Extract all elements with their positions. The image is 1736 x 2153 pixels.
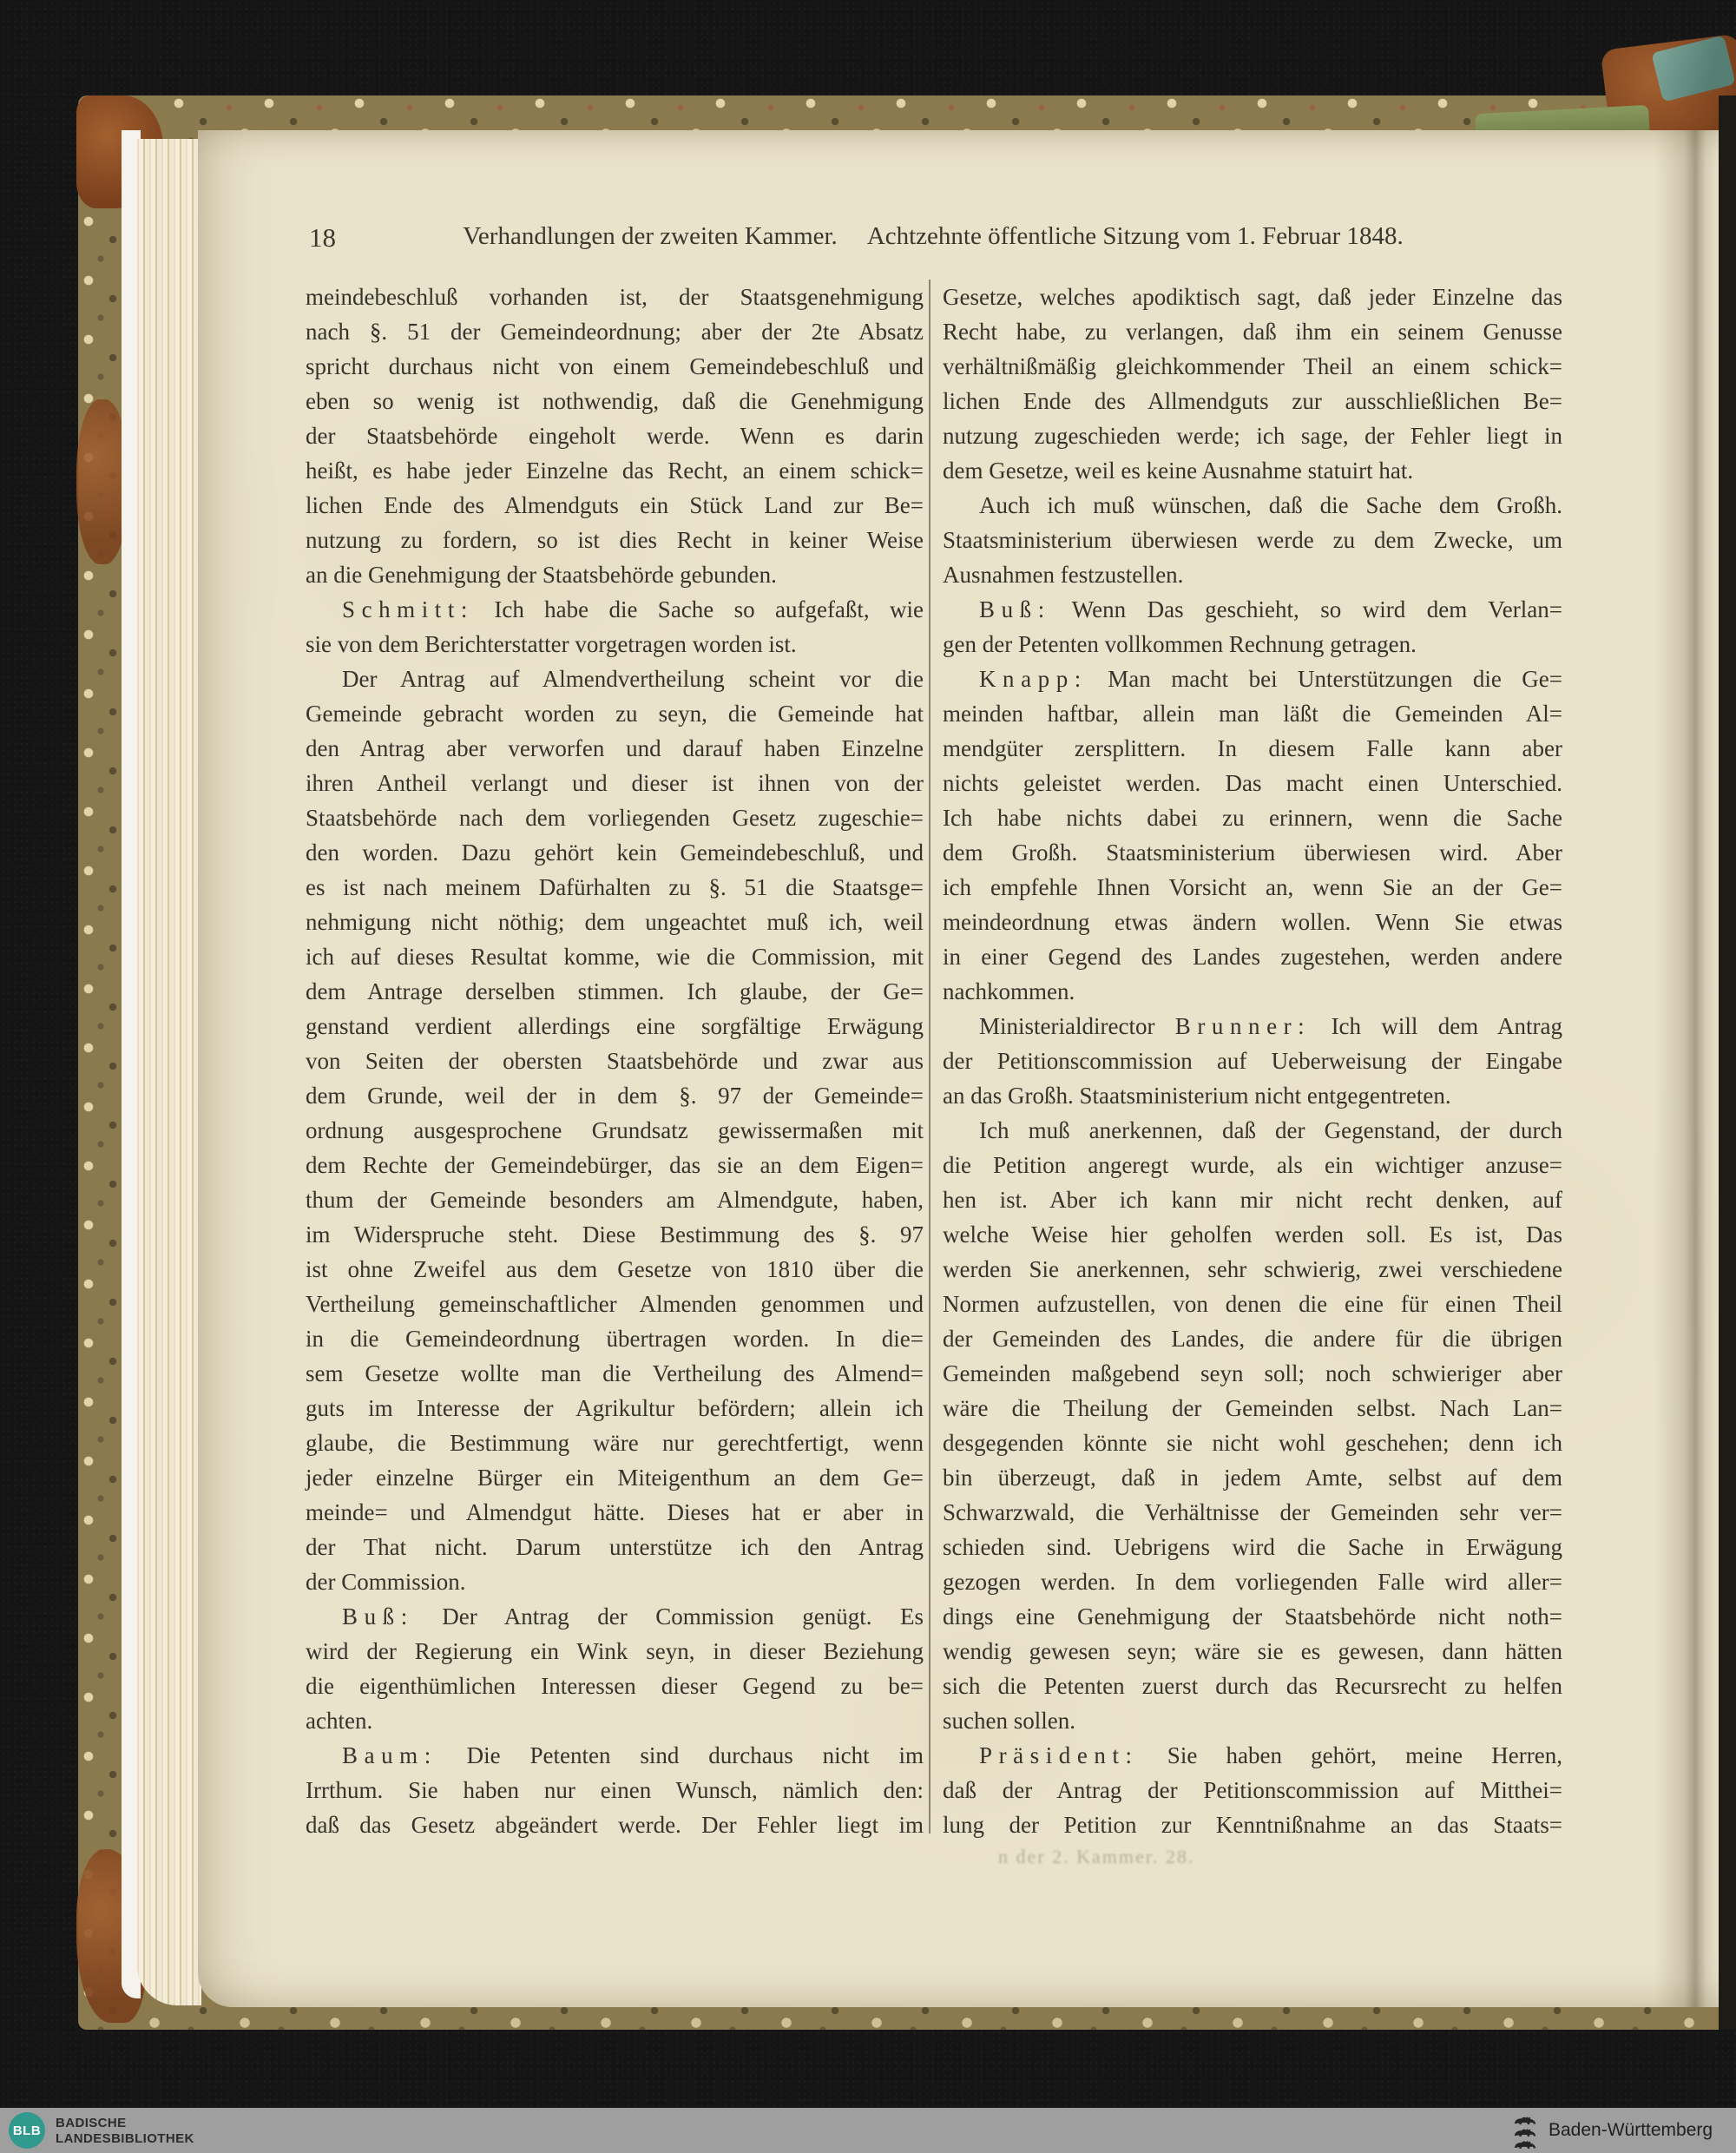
text-line: Ausnahmen festzustellen. <box>943 557 1562 592</box>
text-line: Irrthum. Sie haben nur einen Wunsch, näm… <box>306 1773 924 1807</box>
text-line: wäre die Theilung der Gemeinden selbst. … <box>943 1391 1562 1425</box>
speaker-name: Präsident: <box>979 1742 1139 1768</box>
text-line: meindeordnung etwas ändern wollen. Wenn … <box>943 905 1562 939</box>
right-shadow-edge <box>1719 95 1736 2030</box>
text-line: welche Weise hier geholfen werden soll. … <box>943 1217 1562 1252</box>
speaker-name: Baum: <box>342 1742 437 1768</box>
text-line: wendig gewesen seyn; wäre sie es gewesen… <box>943 1634 1562 1669</box>
viewer-footer-bar <box>0 2108 1736 2153</box>
text-line: Ich muß anerkennen, daß der Gegenstand, … <box>943 1113 1562 1148</box>
column-divider-rule <box>929 280 930 1834</box>
text-line: an die Genehmigung der Staatsbehörde geb… <box>306 557 924 592</box>
speaker-name: Buß: <box>979 596 1051 622</box>
text-line: dem Grunde, weil der in dem §. 97 der Ge… <box>306 1078 924 1113</box>
text-line: achten. <box>306 1703 924 1738</box>
text-line: Schmitt: Ich habe die Sache so aufgefaßt… <box>306 592 924 627</box>
blb-logo-icon: BLB <box>9 2112 45 2149</box>
text-line: es ist nach meinem Dafürhalten zu §. 51 … <box>306 870 924 905</box>
page-gutter-crease <box>1654 130 1720 2007</box>
blb-label-line2: LANDESBIBLIOTHEK <box>56 2131 194 2147</box>
text-line: nutzung zu fordern, so ist dies Recht in… <box>306 523 924 557</box>
text-line: dem Antrage derselben stimmen. Ich glaub… <box>306 974 924 1009</box>
text-line: daß der Antrag der Petitionscommission a… <box>943 1773 1562 1807</box>
text-line: lichen Ende des Almendguts ein Stück Lan… <box>306 488 924 523</box>
bw-state-label: Baden-Württemberg <box>1549 2120 1713 2141</box>
text-line: meindebeschluß vorhanden ist, der Staats… <box>306 280 924 314</box>
text-line: dem Großh. Staatsministerium überwiesen … <box>943 835 1562 870</box>
speaker-name: Knapp: <box>979 666 1088 692</box>
text-line: lung der Petition zur Kenntnißnahme an d… <box>943 1807 1562 1842</box>
running-header: Verhandlungen der zweiten Kammer. Achtze… <box>306 222 1561 251</box>
text-line: Normen aufzustellen, von denen die eine … <box>943 1287 1562 1321</box>
text-line: den Antrag aber verworfen und darauf hab… <box>306 731 924 766</box>
text-line: meinden haftbar, allein man läßt die Gem… <box>943 696 1562 731</box>
running-header-session: Achtzehnte öffentliche Sitzung vom 1. Fe… <box>867 222 1404 251</box>
speaker-name: Buß: <box>342 1603 414 1630</box>
text-line: Baum: Die Petenten sind durchaus nicht i… <box>306 1738 924 1773</box>
text-line: hen ist. Aber ich kann mir nicht recht d… <box>943 1182 1562 1217</box>
speaker-name: Brunner: <box>1175 1013 1311 1039</box>
text-line: desgegenden könnte sie nicht wohl gesche… <box>943 1425 1562 1460</box>
text-line: gezogen werden. In dem vorliegenden Fall… <box>943 1564 1562 1599</box>
speaker-name: Schmitt: <box>342 596 474 622</box>
text-line: ich auf dieses Resultat komme, wie die C… <box>306 939 924 974</box>
text-line: verhältnißmäßig gleichkommender Theil an… <box>943 349 1562 384</box>
text-line: der That nicht. Darum unterstütze ich de… <box>306 1530 924 1564</box>
text-line: jeder einzelne Bürger ein Miteigenthum a… <box>306 1460 924 1495</box>
text-line: spricht durchaus nicht von einem Gemeind… <box>306 349 924 384</box>
text-line: Gemeinde gebracht worden zu seyn, die Ge… <box>306 696 924 731</box>
text-line: in einer Gegend des Landes zugestehen, w… <box>943 939 1562 974</box>
text-line: Gesetze, welches apodiktisch sagt, daß j… <box>943 280 1562 314</box>
text-line: suchen sollen. <box>943 1703 1562 1738</box>
text-line: nach §. 51 der Gemeindeordnung; aber der… <box>306 314 924 349</box>
text-line: bin überzeugt, daß in jedem Amte, selbst… <box>943 1460 1562 1495</box>
text-line: daß das Gesetz abgeändert werde. Der Feh… <box>306 1807 924 1842</box>
text-line: im Widerspruche steht. Diese Bestimmung … <box>306 1217 924 1252</box>
text-line: Staatsministerium überwiesen werde zu de… <box>943 523 1562 557</box>
text-line: der Gemeinden des Landes, die andere für… <box>943 1321 1562 1356</box>
text-line: Gemeinden maßgebend seyn soll; noch schw… <box>943 1356 1562 1391</box>
bw-coat-of-arms-icon <box>1512 2115 1538 2150</box>
stacked-page-edges <box>137 139 201 2005</box>
text-line: eben so wenig ist nothwendig, daß die Ge… <box>306 384 924 418</box>
text-line: ordnung ausgesprochene Grundsatz gewisse… <box>306 1113 924 1148</box>
running-header-title: Verhandlungen der zweiten Kammer. <box>463 222 838 251</box>
text-line: ihren Antheil verlangt und dieser ist ih… <box>306 766 924 800</box>
text-line: sem Gesetze wollte man die Vertheilung d… <box>306 1356 924 1391</box>
ink-bleedthrough-text: n der 2. Kammer. 28. <box>998 1846 1194 1868</box>
text-line: von Seiten der obersten Staatsbehörde un… <box>306 1044 924 1078</box>
text-line: Schwarzwald, die Verhältnisse der Gemein… <box>943 1495 1562 1530</box>
text-line: den worden. Dazu gehört kein Gemeindebes… <box>306 835 924 870</box>
text-line: Ich habe nichts dabei zu erinnern, wenn … <box>943 800 1562 835</box>
text-line: werden Sie anerkennen, sehr schwierig, z… <box>943 1252 1562 1287</box>
leather-patch-left <box>76 399 128 564</box>
scan-background: 18 Verhandlungen der zweiten Kammer. Ach… <box>0 0 1736 2153</box>
text-line: nutzung zugeschieden werde; ich sage, de… <box>943 418 1562 453</box>
text-line: die Petition angeregt wurde, als ein wic… <box>943 1148 1562 1182</box>
blb-library-label: BADISCHE LANDESBIBLIOTHEK <box>56 2116 194 2147</box>
text-line: Recht habe, zu verlangen, daß ihm ein se… <box>943 314 1562 349</box>
text-line: Knapp: Man macht bei Unterstützungen die… <box>943 662 1562 696</box>
text-line: Auch ich muß wünschen, daß die Sache dem… <box>943 488 1562 523</box>
text-line: Ministerialdirector Brunner: Ich will de… <box>943 1009 1562 1044</box>
text-line: Der Antrag auf Almendvertheilung scheint… <box>306 662 924 696</box>
text-line: sich die Petenten zuerst durch das Recur… <box>943 1669 1562 1703</box>
text-line: der Commission. <box>306 1564 924 1599</box>
text-line: glaube, die Bestimmung wäre nur gerechtf… <box>306 1425 924 1460</box>
text-line: meinde= und Almendgut hätte. Dieses hat … <box>306 1495 924 1530</box>
text-line: in die Gemeindeordnung übertragen worden… <box>306 1321 924 1356</box>
text-line: nehmigung nicht nöthig; dem ungeachtet m… <box>306 905 924 939</box>
text-line: thum der Gemeinde besonders am Almendgut… <box>306 1182 924 1217</box>
text-line: Buß: Wenn Das geschieht, so wird dem Ver… <box>943 592 1562 627</box>
text-line: dem Rechte der Gemeindebürger, das sie a… <box>306 1148 924 1182</box>
text-line: nichts geleistet werden. Das macht einen… <box>943 766 1562 800</box>
text-line: Staatsbehörde nach dem vorliegenden Gese… <box>306 800 924 835</box>
text-line: Vertheilung gemeinschaftlicher Almenden … <box>306 1287 924 1321</box>
text-line: dem Gesetze, weil es keine Ausnahme stat… <box>943 453 1562 488</box>
text-line: der Staatsbehörde eingeholt werde. Wenn … <box>306 418 924 453</box>
text-line: dings eine Genehmigung der Staatsbehörde… <box>943 1599 1562 1634</box>
text-line: sie von dem Berichterstatter vorgetragen… <box>306 627 924 662</box>
text-line: gen der Petenten vollkommen Rechnung get… <box>943 627 1562 662</box>
text-line: lichen Ende des Allmendguts zur ausschli… <box>943 384 1562 418</box>
text-line: mendgüter zersplittern. In diesem Falle … <box>943 731 1562 766</box>
text-line: ich empfehle Ihnen Vorsicht an, wenn Sie… <box>943 870 1562 905</box>
text-line: nachkommen. <box>943 974 1562 1009</box>
blb-label-line1: BADISCHE <box>56 2116 194 2131</box>
left-column: meindebeschluß vorhanden ist, der Staats… <box>306 280 924 1842</box>
text-line: ist ohne Zweifel aus dem Gesetze von 181… <box>306 1252 924 1287</box>
text-line: an das Großh. Staatsministerium nicht en… <box>943 1078 1562 1113</box>
text-line: die eigenthümlichen Interessen dieser Ge… <box>306 1669 924 1703</box>
text-line: heißt, es habe jeder Einzelne das Recht,… <box>306 453 924 488</box>
right-column: Gesetze, welches apodiktisch sagt, daß j… <box>943 280 1562 1842</box>
text-line: wird der Regierung ein Wink seyn, in die… <box>306 1634 924 1669</box>
text-line: Präsident: Sie haben gehört, meine Herre… <box>943 1738 1562 1773</box>
text-line: schieden sind. Uebrigens wird die Sache … <box>943 1530 1562 1564</box>
text-line: der Petitionscommission auf Ueberweisung… <box>943 1044 1562 1078</box>
text-line: Buß: Der Antrag der Commission genügt. E… <box>306 1599 924 1634</box>
text-line: guts im Interesse der Agrikultur beförde… <box>306 1391 924 1425</box>
text-line: genstand verdient allerdings eine sorgfä… <box>306 1009 924 1044</box>
